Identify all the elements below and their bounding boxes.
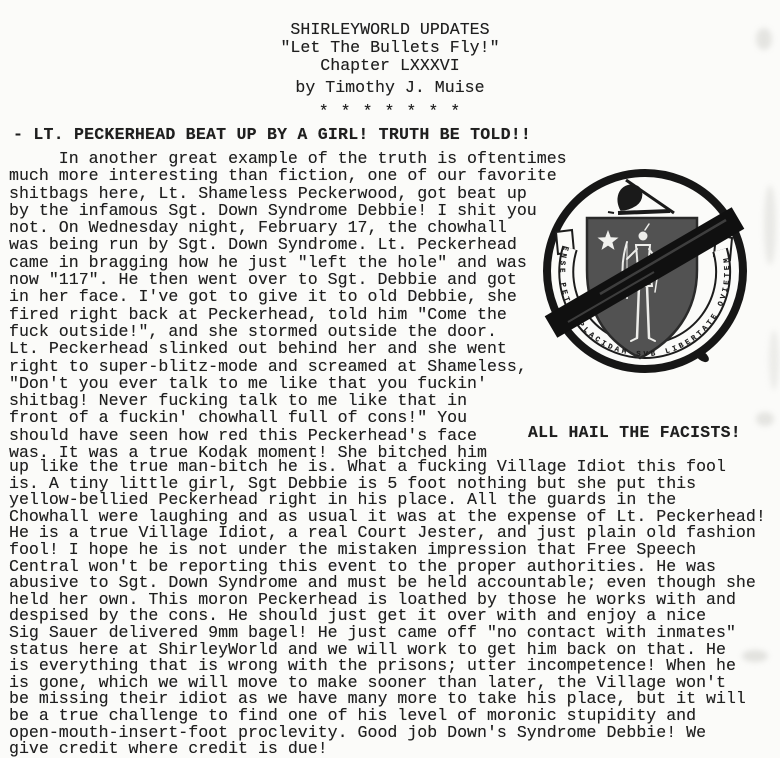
text-line: give credit where credit is due!: [9, 741, 766, 758]
asterisk-divider: * * * * * * *: [0, 103, 780, 121]
text-line: fuck outside!", and she stormed outside …: [9, 323, 567, 340]
text-line: be a true challenge to find one of his l…: [9, 708, 766, 725]
text-line: shitbag! Never fucking talk to me like t…: [9, 392, 567, 409]
text-line: shitbags here, Lt. Shameless Peckerwood,…: [9, 185, 567, 202]
text-line: in her face. I've got to give it to old …: [9, 288, 567, 305]
text-line: front of a fuckin' chowhall full of cons…: [9, 409, 567, 426]
text-line: by the infamous Sgt. Down Syndrome Debbi…: [9, 202, 567, 219]
text-line: not. On Wednesday night, February 17, th…: [9, 219, 567, 236]
newsletter-title: SHIRLEYWORLD UPDATES: [0, 21, 780, 39]
scan-artifact: [769, 330, 779, 390]
text-line: much more interesting than fiction, one …: [9, 167, 567, 184]
seal-crest-arm-sword-icon: [608, 180, 674, 213]
article-headline: - LT. PECKERHEAD BEAT UP BY A GIRL! TRUT…: [13, 125, 531, 144]
text-line: should have seen how red this Peckerhead…: [9, 427, 567, 444]
text-line: "Don't you ever talk to me like that you…: [9, 375, 567, 392]
article-body-full-column: up like the true man-bitch he is. What a…: [9, 459, 766, 758]
article-body-narrow-column: In another great example of the truth is…: [9, 150, 567, 461]
newsletter-subtitle: "Let The Bullets Fly!": [0, 39, 780, 57]
scanned-newsletter-page: SHIRLEYWORLD UPDATES "Let The Bullets Fl…: [0, 0, 780, 758]
text-line: Lt. Peckerhead slinked out behind her an…: [9, 340, 567, 357]
byline: by Timothy J. Muise: [0, 79, 780, 97]
text-line: now "117". He then went over to Sgt. Deb…: [9, 271, 567, 288]
scan-artifact: [756, 412, 774, 426]
seal-caption: ALL HAIL THE FACISTS!: [528, 423, 741, 442]
chapter-number: Chapter LXXXVI: [0, 57, 780, 75]
defaced-state-seal-image: ENSE PETIT PLACIDAM SVB LIBERTATE QVIETE…: [534, 160, 756, 388]
scan-artifact: [756, 28, 772, 50]
text-line: came in bragging how he just "left the h…: [9, 254, 567, 271]
scan-artifact: [764, 185, 776, 265]
text-line: right to super-blitz-mode and screamed a…: [9, 358, 567, 375]
text-line: was being run by Sgt. Down Syndrome. Lt.…: [9, 236, 567, 253]
text-line: fired right back at Peckerhead, told him…: [9, 306, 567, 323]
text-line: In another great example of the truth is…: [9, 150, 567, 167]
scan-artifact: [742, 650, 768, 662]
